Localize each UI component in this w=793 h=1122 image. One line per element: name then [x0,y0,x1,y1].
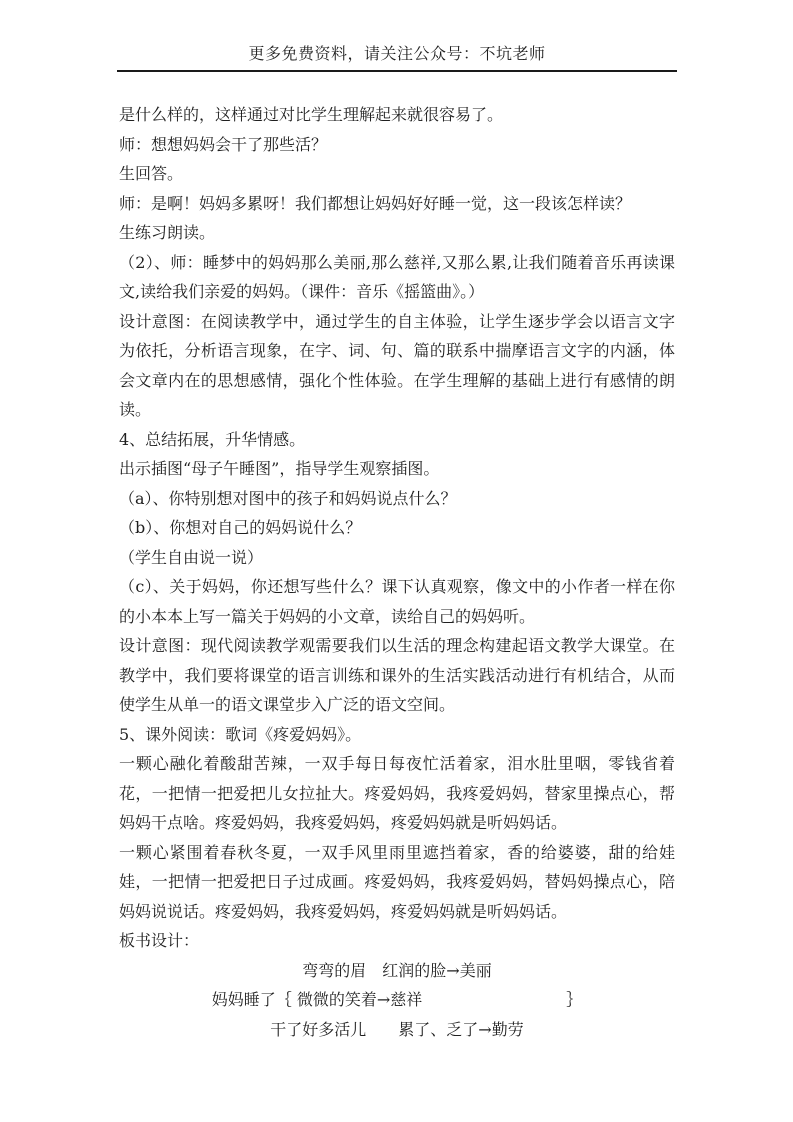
header-notice: 更多免费资料，请关注公众号：不坑老师 [248,44,545,63]
paragraph-lyrics-verse-2: 一颗心紧围着春秋冬夏，一双手风里雨里遮挡着家，香的给婆婆，甜的给娃娃，一把情一把… [119,838,675,927]
board-design-title: 板书设计： [119,926,675,956]
paragraph: 师：想想妈妈会干了那些活？ [119,130,675,160]
document-page: 更多免费资料，请关注公众号：不坑老师 是什么样的，这样通过对比学生理解起来就很容… [0,0,793,1122]
paragraph: 出示插图“母子午睡图”，指导学生观察插图。 [119,454,675,484]
paragraph-lyrics-verse-1: 一颗心融化着酸甜苦辣，一双手每日每夜忙活着家，泪水肚里咽，零钱省着 花，一把情一… [119,749,675,838]
paragraph: 师：是啊！妈妈多累呀！我们都想让妈妈好好睡一觉，这一段该怎样读？ [119,189,675,219]
paragraph: 设计意图：在阅读教学中，通过学生的自主体验，让学生逐步学会以语言文字为依托，分析… [119,307,675,425]
paragraph: （a）、你特别想对图中的孩子和妈妈说点什么？ [119,484,675,514]
paragraph: （学生自由说一说） [119,543,675,573]
paragraph: 生回答。 [119,159,675,189]
board-design-line-beautiful: 弯弯的眉 红润的脸→美丽 [119,956,675,986]
paragraph: 4、总结拓展，升华情感。 [119,425,675,455]
page-header: 更多免费资料，请关注公众号：不坑老师 [117,44,677,72]
document-body: 是什么样的，这样通过对比学生理解起来就很容易了。 师：想想妈妈会干了那些活？ 生… [119,100,675,1044]
paragraph: 生练习朗读。 [119,218,675,248]
paragraph: （2）、师：睡梦中的妈妈那么美丽,那么慈祥,又那么累,让我们随着音乐再读课文,读… [119,248,675,307]
paragraph: （b）、你想对自己的妈妈说什么？ [119,513,675,543]
board-design-line-kind: 妈妈睡了｛ 微微的笑着→慈祥 ｝ [119,985,675,1015]
paragraph: 5、课外阅读：歌词《疼爱妈妈》。 [119,720,675,750]
paragraph: 是什么样的，这样通过对比学生理解起来就很容易了。 [119,100,675,130]
paragraph: （c）、关于妈妈，你还想写些什么？课下认真观察，像文中的小作者一样在你的小本本上… [119,572,675,631]
paragraph: 设计意图：现代阅读教学观需要我们以生活的理念构建起语文教学大课堂。在教学中，我们… [119,631,675,720]
board-design-line-hardworking: 干了好多活儿 累了、乏了→勤劳 [119,1015,675,1045]
